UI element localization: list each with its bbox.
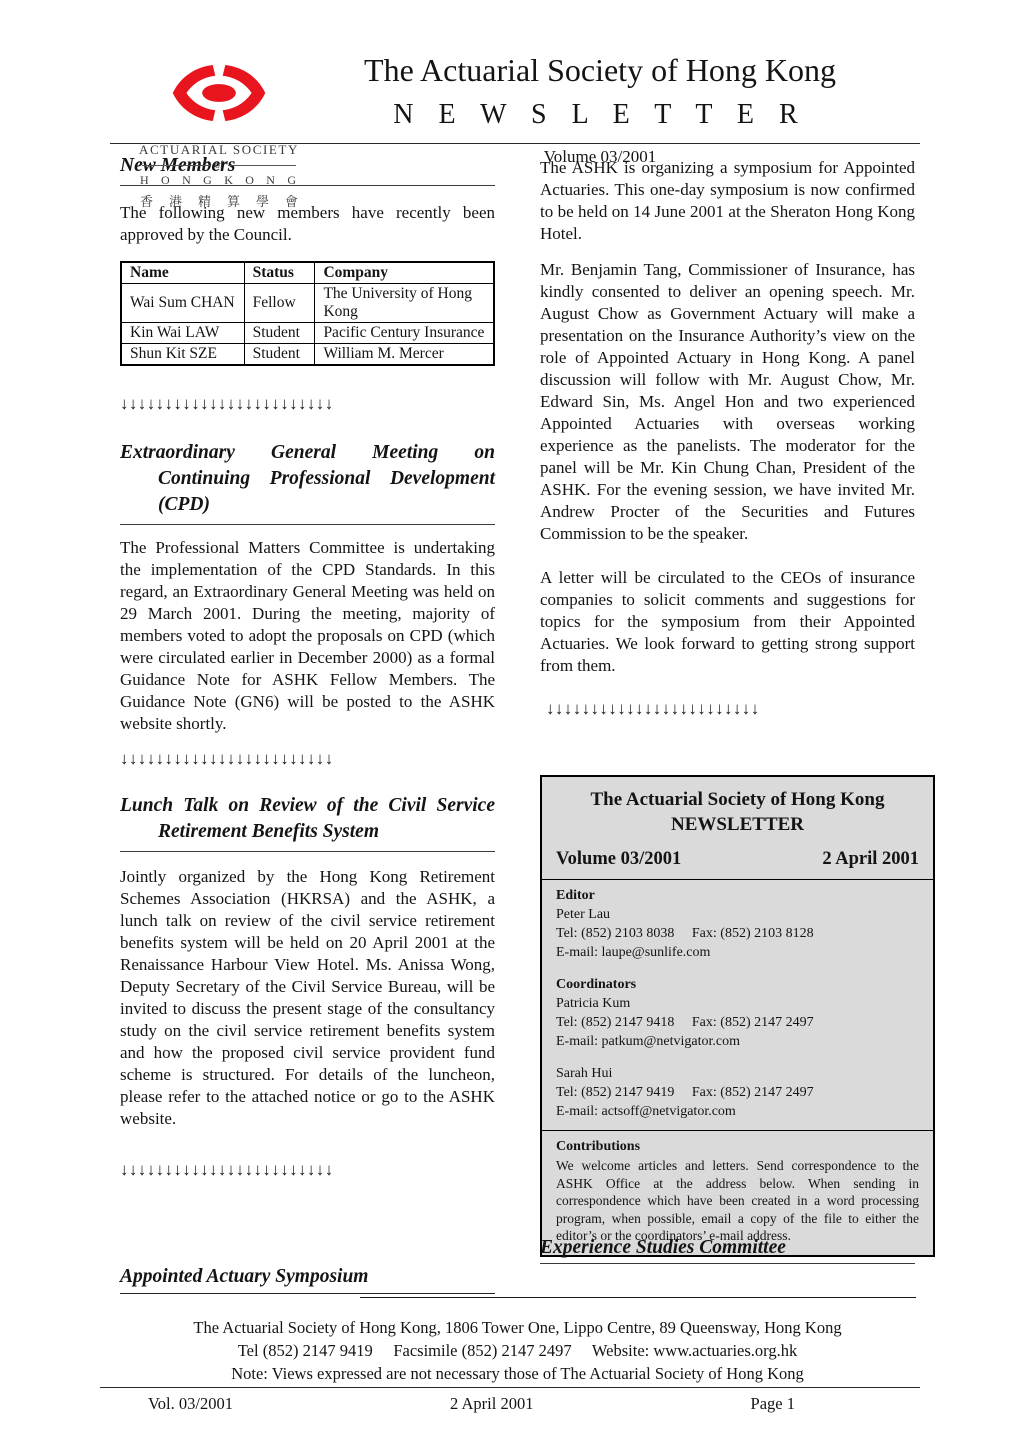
footer-rule [100, 1387, 920, 1388]
section-heading-appointed-actuary-symposium: Appointed Actuary Symposium [120, 1266, 495, 1294]
bottom-rule [360, 1297, 916, 1298]
column-header-status: Status [244, 262, 315, 284]
right-column: The ASHK is organizing a symposium for A… [540, 144, 915, 1254]
masthead-subtitle: N E W S L E T T E R [285, 99, 915, 131]
column-header-name: Name [121, 262, 244, 284]
editor-name: Peter Lau [556, 905, 919, 924]
table-row: Shun Kit SZE Student William M. Mercer [121, 344, 494, 366]
logo-chinese-name: 香 港 精 算 學 會 [138, 191, 300, 210]
ashk-eye-logo-icon [171, 52, 267, 134]
masthead-volume: Volume 03/2001 [285, 147, 915, 167]
symposium-para-3: A letter will be circulated to the CEOs … [540, 567, 915, 677]
cell-member-status: Student [244, 344, 315, 366]
info-box-date: 2 April 2001 [822, 849, 919, 870]
cell-member-name: Kin Wai LAW [121, 323, 244, 344]
lunch-talk-body: Jointly organized by the Hong Kong Retir… [120, 866, 495, 1130]
footer-note: Note: Views expressed are not necessary … [120, 1362, 915, 1385]
cell-member-name: Wai Sum CHAN [121, 284, 244, 323]
section-heading-lunch-talk: Lunch Talk on Review of the Civil Servic… [120, 793, 495, 852]
info-box-volume: Volume 03/2001 [556, 849, 681, 870]
symposium-para-1: The ASHK is organizing a symposium for A… [540, 157, 915, 245]
page-footer: The Actuarial Society of Hong Kong, 1806… [120, 1316, 915, 1385]
coordinator-email: E-mail: actsoff@netvigator.com [556, 1102, 919, 1121]
section-heading-experience-studies-committee: Experience Studies Committee [540, 1237, 915, 1264]
body-columns: New Members The following new members ha… [120, 144, 915, 1254]
cell-member-status: Student [244, 323, 315, 344]
egm-cpd-body: The Professional Matters Committee is un… [120, 537, 495, 735]
editor-email: E-mail: laupe@sunlife.com [556, 943, 919, 962]
info-box-divider [542, 1130, 933, 1131]
logo-org-name: ACTUARIAL SOCIETY [138, 142, 300, 158]
symposium-para-2: Mr. Benjamin Tang, Commissioner of Insur… [540, 259, 915, 545]
newsletter-header: ACTUARIAL SOCIETY of H O N G K O N G 香 港… [120, 0, 915, 138]
logo-of-divider: of [142, 160, 296, 171]
logo-rule-left [142, 165, 210, 166]
masthead-title: The Actuarial Society of Hong Kong [285, 52, 915, 89]
contributions-label: Contributions [556, 1137, 919, 1156]
logo-of-text: of [215, 160, 223, 171]
ashk-logo: ACTUARIAL SOCIETY of H O N G K O N G 香 港… [138, 52, 300, 210]
table-row: Kin Wai LAW Student Pacific Century Insu… [121, 323, 494, 344]
info-box-divider [542, 879, 933, 880]
section-heading-egm-cpd: Extraordinary General Meeting on Continu… [120, 440, 495, 525]
footer-meta-row: Vol. 03/2001 2 April 2001 Page 1 [120, 1394, 915, 1414]
editor-tel-fax: Tel: (852) 2103 8038 Fax: (852) 2103 812… [556, 924, 919, 943]
arrow-divider: ↓↓↓↓↓↓↓↓↓↓↓↓↓↓↓↓↓↓↓↓↓↓↓↓ [540, 699, 915, 719]
footer-contact: Tel (852) 2147 9419 Facsimile (852) 2147… [120, 1339, 915, 1362]
coordinator-name: Sarah Hui [556, 1064, 919, 1083]
coordinator-tel-fax: Tel: (852) 2147 9418 Fax: (852) 2147 249… [556, 1013, 919, 1032]
cell-member-company: The University of Hong Kong [315, 284, 494, 323]
footer-volume: Vol. 03/2001 [148, 1394, 233, 1414]
coordinator-tel-fax: Tel: (852) 2147 9419 Fax: (852) 2147 249… [556, 1083, 919, 1102]
coordinator-email: E-mail: patkum@netvigator.com [556, 1032, 919, 1051]
info-box-title: The Actuarial Society of Hong Kong [556, 787, 919, 812]
coordinators-label: Coordinators [556, 975, 919, 994]
cell-member-status: Fellow [244, 284, 315, 323]
info-box-volume-row: Volume 03/2001 2 April 2001 [556, 849, 919, 870]
newsletter-page: ACTUARIAL SOCIETY of H O N G K O N G 香 港… [0, 0, 1020, 1443]
arrow-divider: ↓↓↓↓↓↓↓↓↓↓↓↓↓↓↓↓↓↓↓↓↓↓↓↓ [120, 394, 495, 414]
footer-address: The Actuarial Society of Hong Kong, 1806… [120, 1316, 915, 1339]
left-column: New Members The following new members ha… [120, 144, 495, 1254]
logo-rule-right [228, 165, 296, 166]
table-row: Wai Sum CHAN Fellow The University of Ho… [121, 284, 494, 323]
arrow-divider: ↓↓↓↓↓↓↓↓↓↓↓↓↓↓↓↓↓↓↓↓↓↓↓↓ [120, 749, 495, 769]
contributions-body: We welcome articles and letters. Send co… [556, 1157, 919, 1245]
coordinator-name: Patricia Kum [556, 994, 919, 1013]
new-members-table: Name Status Company Wai Sum CHAN Fellow … [120, 261, 495, 366]
masthead: The Actuarial Society of Hong Kong N E W… [285, 52, 915, 167]
info-box-subtitle: NEWSLETTER [556, 812, 919, 837]
cell-member-name: Shun Kit SZE [121, 344, 244, 366]
footer-page-number: Page 1 [751, 1394, 795, 1414]
editor-label: Editor [556, 886, 919, 905]
cell-member-company: William M. Mercer [315, 344, 494, 366]
logo-hong-kong: H O N G K O N G [138, 173, 300, 188]
arrow-divider: ↓↓↓↓↓↓↓↓↓↓↓↓↓↓↓↓↓↓↓↓↓↓↓↓ [120, 1160, 495, 1180]
table-header-row: Name Status Company [121, 262, 494, 284]
footer-date: 2 April 2001 [450, 1394, 533, 1414]
newsletter-info-box: The Actuarial Society of Hong Kong NEWSL… [540, 775, 935, 1257]
cell-member-company: Pacific Century Insurance [315, 323, 494, 344]
column-header-company: Company [315, 262, 494, 284]
